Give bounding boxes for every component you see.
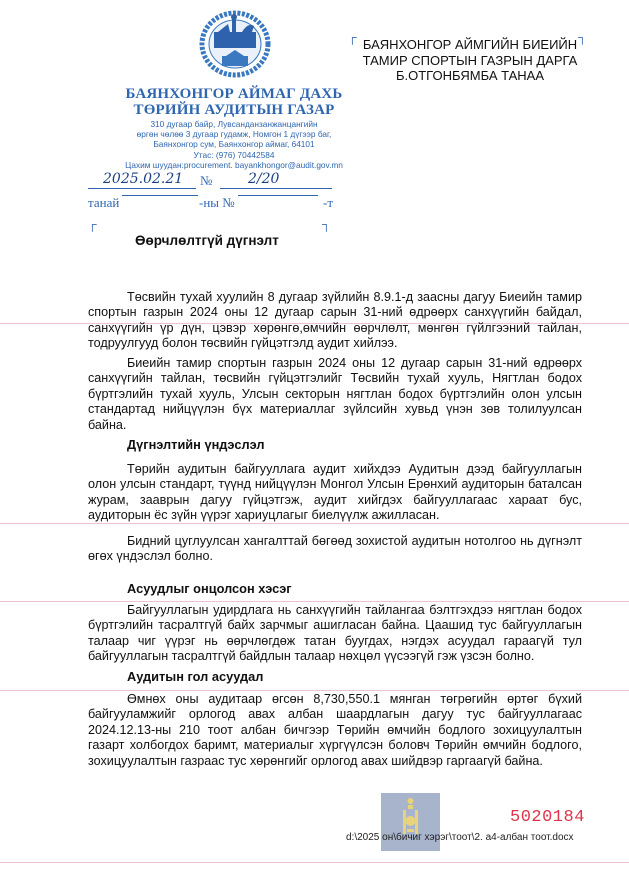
- section-heading: Аудитын гол асуудал: [127, 669, 263, 684]
- your-end: -т: [323, 195, 333, 211]
- your-reference-row: танай -ны № -т: [88, 195, 333, 213]
- handwritten-date: 2025.02.21: [103, 171, 183, 187]
- corner-bracket-icon: ┌: [88, 217, 97, 231]
- address-line: 310 дугаар байр, Лувсанданзанжанцангийн: [88, 119, 380, 129]
- scan-line: [0, 690, 629, 691]
- phone: Утас: (976) 70442584: [88, 150, 380, 160]
- recipient-line: БАЯНХОНГОР АЙМГИЙН БИЕИЙН: [355, 37, 585, 53]
- recipient-line: Б.ОТГОНБЯМБА ТАНАА: [355, 68, 585, 84]
- address-line: Баянхонгор сум, Баянхонгор аймаг, 64101: [88, 139, 380, 149]
- your-suffix: -ны №: [199, 195, 235, 211]
- body-paragraph: Бидний цуглуулсан хангалттай бөгөөд зохи…: [88, 534, 582, 565]
- section-heading: Асуудлыг онцолсон хэсэг: [127, 581, 292, 596]
- body-paragraph: Байгууллагын удирдлага нь санхүүгийн тай…: [88, 603, 582, 665]
- document-title: Өөрчлөлтгүй дүгнэлт: [135, 233, 279, 248]
- org-name-line: БАЯНХОНГОР АЙМАГ ДАХЬ: [88, 86, 380, 102]
- underline: [238, 195, 318, 196]
- body-paragraph: Биеийн тамир спортын газрын 2024 оны 12 …: [88, 356, 582, 433]
- address-line: өргөн чөлөө 3 дугаар гудамж, Номгон 1 дү…: [88, 129, 380, 139]
- file-path: d:\2025 он\бичиг хэрэг\тоот\2. а4-албан …: [346, 832, 574, 843]
- underline: [88, 188, 196, 189]
- email: Цахим шуудан:procurement. bayankhongor@a…: [88, 160, 380, 170]
- recipient-block: БАЯНХОНГОР АЙМГИЙН БИЕИЙН ТАМИР СПОРТЫН …: [355, 37, 585, 84]
- state-emblem-icon: [198, 10, 272, 82]
- date-number-row: 2025.02.21 № 2/20: [88, 170, 328, 192]
- body-paragraph: Өмнөх оны аудитаар өгсөн 8,730,550.1 мян…: [88, 692, 582, 769]
- org-name-line: ТӨРИЙН АУДИТЫН ГАЗАР: [88, 102, 380, 118]
- handwritten-number: 2/20: [248, 171, 279, 187]
- your-label: танай: [88, 195, 119, 211]
- number-label: №: [200, 173, 212, 189]
- body-paragraph: Төрийн аудитын байгууллага аудит хийхдээ…: [88, 462, 582, 524]
- corner-bracket-icon: ┐: [322, 217, 331, 231]
- body-paragraph: Төсвийн тухай хуулийн 8 дугаар зүйлийн 8…: [88, 290, 582, 352]
- scan-line: [0, 862, 629, 863]
- stamp-number: 5020184: [510, 808, 585, 827]
- section-heading: Дүгнэлтийн үндэслэл: [127, 437, 264, 452]
- underline: [220, 188, 332, 189]
- recipient-line: ТАМИР СПОРТЫН ГАЗРЫН ДАРГА: [355, 53, 585, 69]
- scan-line: [0, 601, 629, 602]
- underline: [122, 195, 198, 196]
- organization-name: БАЯНХОНГОР АЙМАГ ДАХЬ ТӨРИЙН АУДИТЫН ГАЗ…: [88, 86, 380, 118]
- organization-address: 310 дугаар байр, Лувсанданзанжанцангийн …: [88, 119, 380, 170]
